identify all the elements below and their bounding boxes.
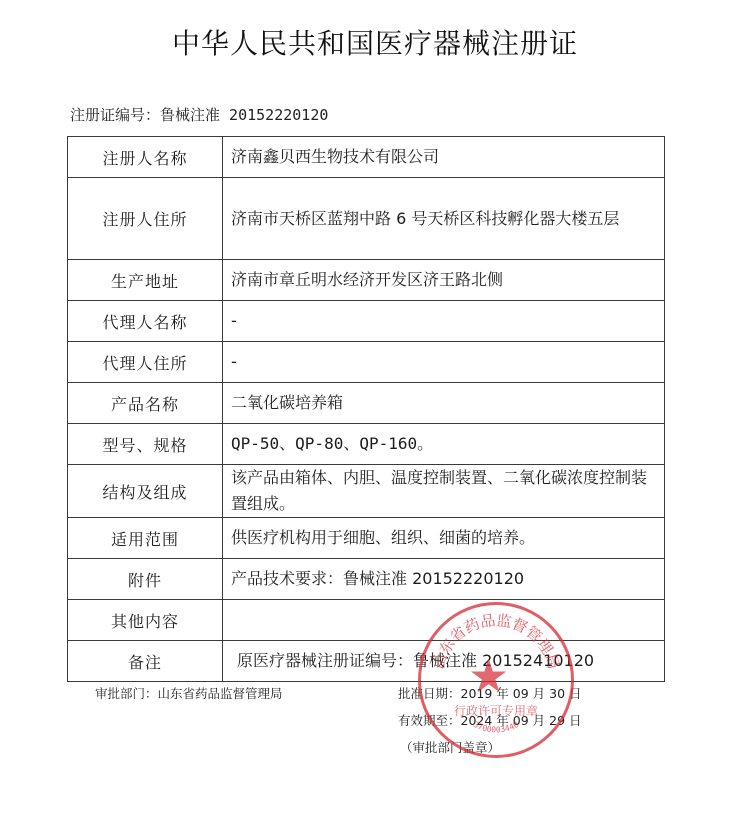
row-label: 其他内容 xyxy=(68,600,223,641)
cert-number: 注册证编号：鲁械注准 20152220120 xyxy=(70,104,328,125)
cert-number-value: 鲁械注准 20152220120 xyxy=(160,106,328,124)
table-row: 注册人名称 济南鑫贝西生物技术有限公司 xyxy=(68,137,665,178)
table-row: 结构及组成 该产品由箱体、内胆、温度控制装置、二氧化碳浓度控制装置组成。 xyxy=(68,465,665,518)
row-label: 生产地址 xyxy=(68,260,223,301)
row-label: 产品名称 xyxy=(68,383,223,424)
row-label: 适用范围 xyxy=(68,518,223,559)
row-label: 结构及组成 xyxy=(68,465,223,518)
row-value: 二氧化碳培养箱 xyxy=(223,383,665,424)
row-value: 该产品由箱体、内胆、温度控制装置、二氧化碳浓度控制装置组成。 xyxy=(223,465,665,518)
row-label: 备注 xyxy=(68,641,223,682)
row-value: 供医疗机构用于细胞、组织、细菌的培养。 xyxy=(223,518,665,559)
row-value: - xyxy=(223,342,665,383)
row-value xyxy=(223,600,665,641)
table-row: 注册人住所 济南市天桥区蓝翔中路 6 号天桥区科技孵化器大楼五层 xyxy=(68,178,665,260)
table-row: 产品名称 二氧化碳培养箱 xyxy=(68,383,665,424)
valid-until: 有效期至：2024 年 09 月 29 日 xyxy=(398,711,582,729)
approval-department: 审批部门：山东省药品监督管理局 xyxy=(95,684,283,702)
table-row: 代理人住所 - xyxy=(68,342,665,383)
row-label: 代理人住所 xyxy=(68,342,223,383)
seal-note: （审批部门盖章） xyxy=(400,738,500,756)
row-value: QP-50、QP-80、QP-160。 xyxy=(223,424,665,465)
row-value: - xyxy=(223,301,665,342)
table-row: 代理人名称 - xyxy=(68,301,665,342)
registration-table: 注册人名称 济南鑫贝西生物技术有限公司 注册人住所 济南市天桥区蓝翔中路 6 号… xyxy=(67,136,665,682)
row-value: 济南鑫贝西生物技术有限公司 xyxy=(223,137,665,178)
cert-number-label: 注册证编号： xyxy=(70,106,160,124)
table-row: 生产地址 济南市章丘明水经济开发区济王路北侧 xyxy=(68,260,665,301)
row-label: 型号、规格 xyxy=(68,424,223,465)
row-label: 附件 xyxy=(68,559,223,600)
table-row: 适用范围 供医疗机构用于细胞、组织、细菌的培养。 xyxy=(68,518,665,559)
table-row: 其他内容 xyxy=(68,600,665,641)
table-row: 附件 产品技术要求：鲁械注准 20152220120 xyxy=(68,559,665,600)
row-value: 济南市天桥区蓝翔中路 6 号天桥区科技孵化器大楼五层 xyxy=(223,178,665,260)
row-value: 产品技术要求：鲁械注准 20152220120 xyxy=(223,559,665,600)
row-value: 原医疗器械注册证编号：鲁械注准 20152410120 xyxy=(223,641,665,682)
table-row: 型号、规格 QP-50、QP-80、QP-160。 xyxy=(68,424,665,465)
row-label: 注册人住所 xyxy=(68,178,223,260)
row-value: 济南市章丘明水经济开发区济王路北侧 xyxy=(223,260,665,301)
document-title: 中华人民共和国医疗器械注册证 xyxy=(0,22,750,62)
table-row: 备注 原医疗器械注册证编号：鲁械注准 20152410120 xyxy=(68,641,665,682)
row-label: 注册人名称 xyxy=(68,137,223,178)
approval-date: 批准日期：2019 年 09 月 30 日 xyxy=(398,684,582,702)
row-label: 代理人名称 xyxy=(68,301,223,342)
